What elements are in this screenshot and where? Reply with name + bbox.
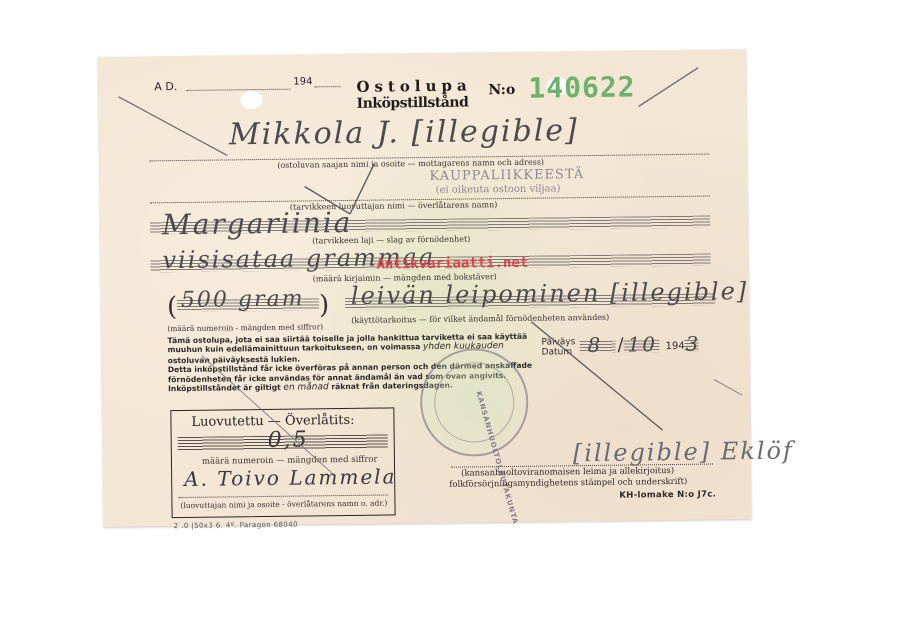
purchase-permit-form: A D. 194 Ostolupa Inköpstillstånd N:o 14… xyxy=(98,49,752,527)
pen-strokes xyxy=(98,49,752,527)
